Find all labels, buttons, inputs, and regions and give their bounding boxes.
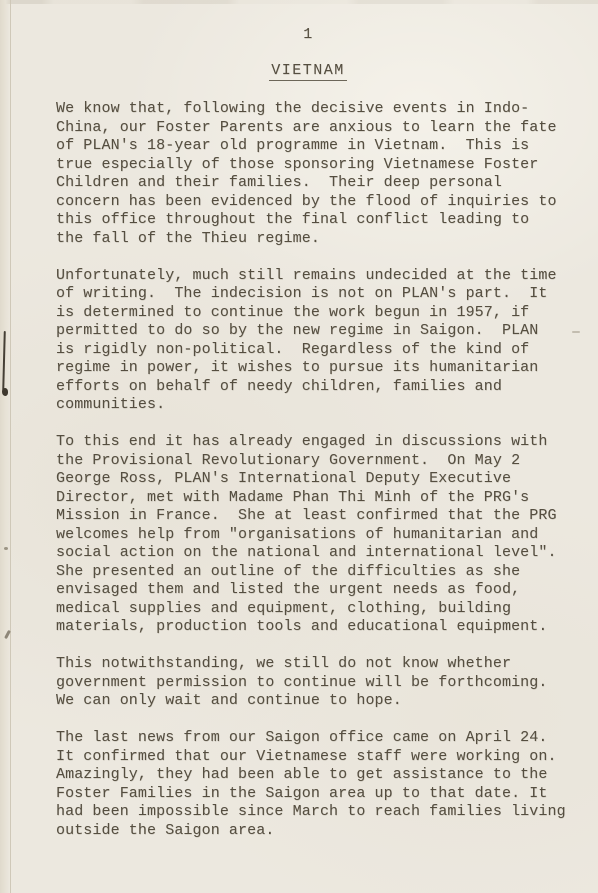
document-body: We know that, following the decisive eve… xyxy=(56,100,581,859)
paragraph-1: We know that, following the decisive eve… xyxy=(56,100,581,248)
paragraph-3: To this end it has already engaged in di… xyxy=(56,433,581,637)
paper-left-edge-crease xyxy=(0,0,11,893)
ink-blot-mark xyxy=(2,388,8,396)
title-row: VIETNAM xyxy=(0,61,598,81)
paragraph-2: Unfortunately, much still remains undeci… xyxy=(56,267,581,415)
scan-top-edge-artifact xyxy=(0,0,598,4)
scanned-document-page: 1 VIETNAM We know that, following the de… xyxy=(0,0,598,893)
document-title: VIETNAM xyxy=(269,62,347,81)
page-number: 1 xyxy=(0,26,598,43)
ink-speck xyxy=(4,547,8,550)
paragraph-4: This notwithstanding, we still do not kn… xyxy=(56,655,581,711)
paragraph-5: The last news from our Saigon office cam… xyxy=(56,729,581,840)
